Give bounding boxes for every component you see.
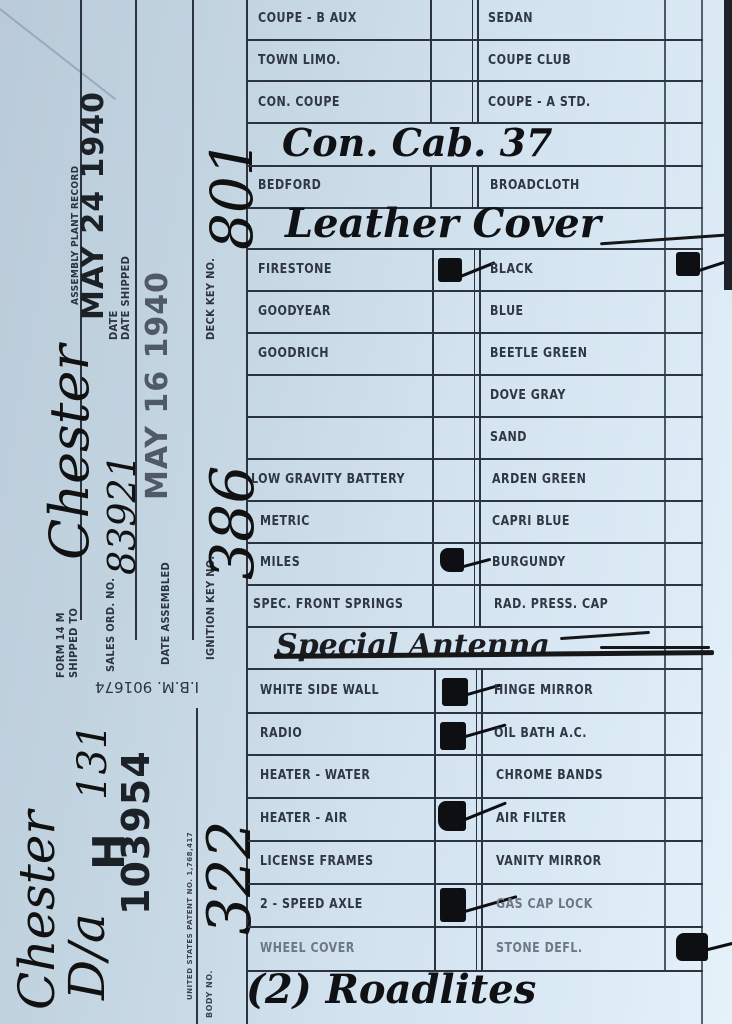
option-2-speed-axle: 2 - SPEED AXLE [260,896,363,912]
option-spec-front-springs: SPEC. FRONT SPRINGS [253,596,403,612]
grid-col-check-l-a [430,0,432,122]
checkmark-heater-air [438,801,466,831]
option-oil-bath-ac: OIL BATH A.C. [494,725,587,741]
form-number: FORM 14 M [55,612,66,678]
deck-key-value: 801 [198,139,266,250]
option-sand: SAND [490,429,527,445]
option-con-coupe: CON. COUPE [258,94,340,110]
date-shipped-label: DATE SHIPPED [120,256,131,340]
option-heater-water: HEATER - WATER [260,767,370,783]
date-assembled-value: MAY 16 1940 [140,271,175,500]
option-air-filter: AIR FILTER [496,810,567,826]
grid-col-check-r [664,0,666,970]
option-low-gravity-battery: LOW GRAVITY BATTERY [251,471,405,487]
patent-note: UNITED STATES PATENT NO. 1,768,417 [186,832,194,1000]
deck-key-label: DECK KEY NO. [205,258,216,340]
option-beetle-green: BEETLE GREEN [490,345,587,361]
option-rad-press-cap: RAD. PRESS. CAP [494,596,608,612]
option-coupe-a-std: COUPE - A STD. [488,94,591,110]
option-heater-air: HEATER - AIR [260,810,348,826]
option-arden-green: ARDEN GREEN [492,471,586,487]
sales-ord-label: SALES ORD. NO. [105,578,116,672]
sales-ord-value: 83921 [100,454,144,575]
option-license-frames: LICENSE FRAMES [260,853,374,869]
option-town-limo: TOWN LIMO. [258,52,341,68]
option-chrome-bands: CHROME BANDS [496,767,603,783]
date-assembled-label: DATE ASSEMBLED [160,562,171,665]
plant-record-card: ASSEMBLY PLANT RECORD FORM 14 M SHIPPED … [0,0,732,1024]
option-metric: METRIC [260,513,310,529]
handwritten-body-type: Con. Cab. 37 [282,120,552,165]
option-white-side-wall: WHITE SIDE WALL [260,682,379,698]
option-gas-cap-lock: GAS CAP LOCK [496,896,593,912]
option-coupe-club: COUPE CLUB [488,52,571,68]
paper-crease [0,0,116,100]
option-bedford: BEDFORD [258,177,321,193]
option-black: BLACK [490,261,533,277]
handwritten-code: D/a [58,913,116,1000]
option-blue: BLUE [490,303,524,319]
stub-rule-3 [192,0,194,640]
option-sedan: SEDAN [488,10,533,26]
grid-right-border [701,0,703,1024]
handwritten-footer-note: (2) Roadlites [246,966,536,1013]
option-capri-blue: CAPRI BLUE [492,513,570,529]
option-burgundy: BURGUNDY [492,554,566,570]
option-stone-defl: STONE DEFL. [496,940,583,956]
option-broadcloth: BROADCLOTH [490,177,580,193]
option-radio: RADIO [260,725,302,741]
serial-number-stamp: 103954 [114,750,158,915]
option-wheel-cover: WHEEL COVER [260,940,355,956]
card-edge-shadow [724,0,732,290]
body-no-label: BODY NO. [205,970,214,1018]
date-shipped-value: MAY 24 1940 [76,91,111,320]
checkmark-white-side-wall [442,678,468,706]
option-dove-gray: DOVE GRAY [490,387,566,403]
option-goodrich: GOODRICH [258,345,329,361]
option-firestone: FIRESTONE [258,261,332,277]
ibm-number-text: I.B.M. 901674 [92,678,202,696]
option-goodyear: GOODYEAR [258,303,331,319]
shipped-to-label: SHIPPED TO [68,608,79,678]
option-hinge-mirror: HINGE MIRROR [494,682,593,698]
handwritten-upholstery: Leather Cover [285,200,601,247]
shipped-to-value: Chester [38,345,101,560]
body-no-value: 322 [195,820,265,935]
option-miles: MILES [260,554,300,570]
handwritten-ref: 131 [70,724,116,800]
checkmark-stone-defl [676,933,708,961]
option-coupe-b-aux: COUPE - B AUX [258,10,357,26]
option-vanity-mirror: VANITY MIRROR [496,853,602,869]
